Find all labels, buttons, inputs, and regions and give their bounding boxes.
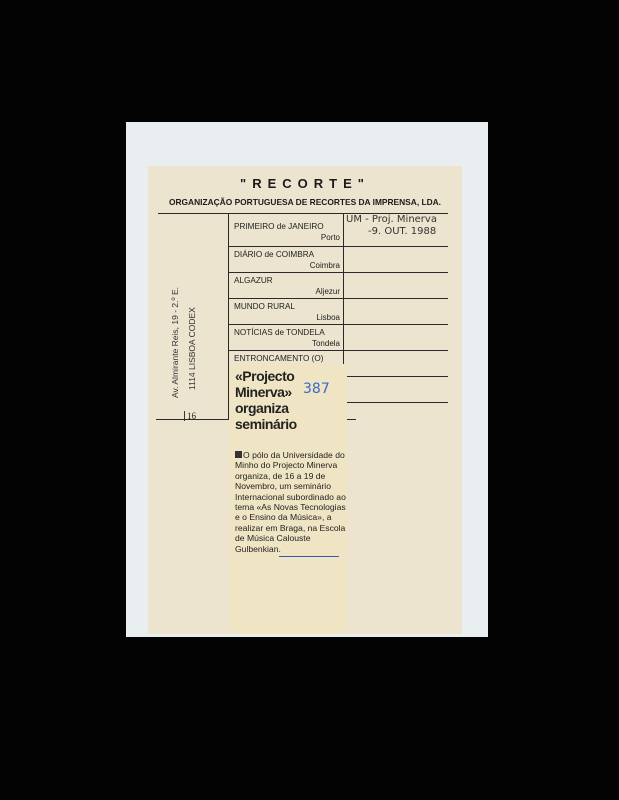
date-stamp: -9. OUT. 1988 <box>368 226 436 237</box>
form-subtitle: ORGANIZAÇÃO PORTUGUESA DE RECORTES DA IM… <box>148 197 462 207</box>
publication-1: PRIMEIRO de JANEIROPorto <box>234 222 340 242</box>
publication-5: NOTÍCIAS de TONDELATondela <box>234 328 340 348</box>
clipping-headline: «Projecto Minerva» organiza seminário <box>235 368 297 432</box>
annotation-number: 387 <box>303 381 330 397</box>
row-rule <box>228 246 448 247</box>
address-line-1: Av. Almirante Reis, 19 - 2.º E. <box>170 287 180 398</box>
row-rule <box>228 350 448 351</box>
handwritten-note: UM - Proj. Minerva <box>346 214 437 225</box>
bullet-square-icon <box>235 451 242 458</box>
row-rule <box>228 324 448 325</box>
address-line-2: 1114 LISBOA CODEX <box>187 307 197 390</box>
row-rule <box>343 402 448 403</box>
form-title: "RECORTE" <box>148 176 462 191</box>
publication-6: ENTRONCAMENTO (O) <box>234 354 340 363</box>
row-rule <box>228 298 448 299</box>
publication-3: ALGAZURAljezur <box>234 276 340 296</box>
row-rule <box>343 376 448 377</box>
clipping-body: O pólo da Universidade do Minho do Proje… <box>235 450 347 554</box>
row-rule <box>228 272 448 273</box>
newspaper-clipping: «Projecto Minerva» organiza seminário 38… <box>229 364 347 634</box>
publication-2: DIÁRIO de COIMBRACoimbra <box>234 250 340 270</box>
publication-4: MUNDO RURALLisboa <box>234 302 340 322</box>
pen-stroke <box>279 556 339 557</box>
